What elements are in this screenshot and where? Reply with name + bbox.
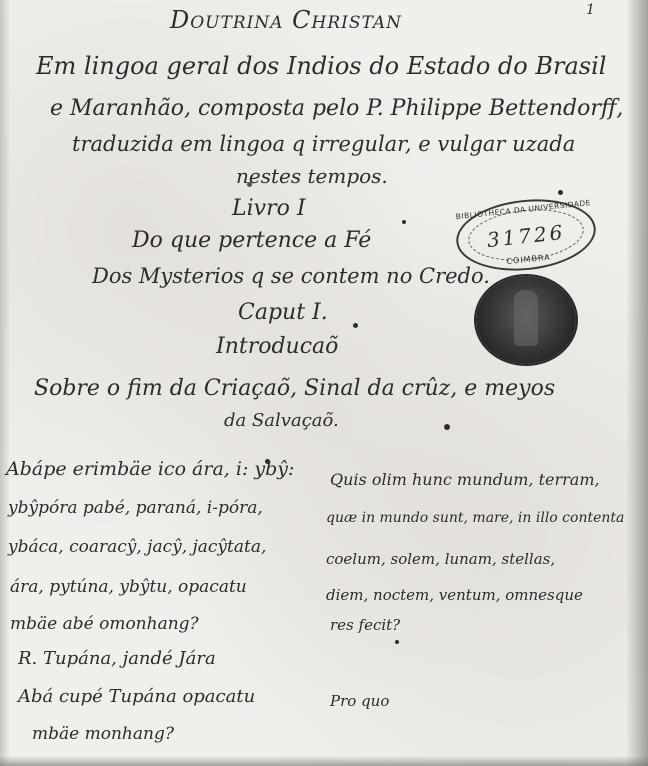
ink-spot — [558, 190, 563, 195]
answer-line: R. Tupána, jandé Jára — [18, 648, 216, 669]
page-edge-shadow-right — [626, 0, 648, 766]
subtitle-line: nestes tempos. — [236, 164, 388, 188]
tupi-line: ybáca, coaracŷ, jacŷ, jacŷtata, — [8, 537, 266, 557]
subtitle-line: traduzida em lingoa q irregular, e vulga… — [72, 132, 575, 156]
book-heading: Livro I — [232, 196, 306, 221]
book-subject: Do que pertence a Fé — [132, 228, 371, 253]
subtitle-line: Em lingoa geral dos Indios do Estado do … — [36, 52, 606, 80]
tupi-line: mbäe monhang? — [32, 724, 174, 744]
manuscript-page: 1 Doutrina Christan Em lingoa geral dos … — [0, 0, 648, 766]
chapter-title: Introducaõ — [216, 334, 338, 359]
page-title: Doutrina Christan — [170, 6, 402, 34]
ink-spot — [353, 323, 358, 328]
latin-line: Quis olim hunc mundum, terram, — [330, 470, 600, 489]
tupi-line: Abápe erimbäe ico ára, i: ybŷ: — [6, 458, 294, 480]
ink-spot — [395, 640, 399, 644]
seal-figure-icon — [514, 290, 538, 346]
page-edge-shadow-left — [0, 0, 10, 766]
section-heading: Dos Mysterios q se contem no Credo. — [92, 264, 490, 288]
tupi-line: ybŷpóra pabé, paraná, i-póra, — [8, 498, 263, 518]
latin-line: diem, noctem, ventum, omnesque — [326, 586, 583, 604]
ink-spot — [444, 424, 450, 430]
ink-spot — [247, 182, 252, 187]
latin-line: coelum, solem, lunam, stellas, — [326, 550, 555, 568]
page-number: 1 — [586, 2, 595, 18]
chapter-subtitle-line: Sobre o fim da Criaçaõ, Sinal da crûz, e… — [34, 376, 555, 401]
ink-spot — [265, 459, 270, 464]
page-edge-shadow-bottom — [0, 756, 648, 766]
latin-line: Pro quo — [330, 692, 389, 710]
latin-line: res fecit? — [330, 616, 400, 634]
subtitle-line: e Maranhão, composta pelo P. Philippe Be… — [50, 96, 623, 121]
tupi-line: mbäe abé omonhang? — [10, 614, 199, 634]
chapter-heading: Caput I. — [238, 300, 328, 325]
latin-line: quæ in mundo sunt, mare, in illo content… — [326, 510, 624, 526]
round-seal-stamp — [476, 276, 576, 364]
tupi-line: ára, pytúna, ybŷtu, opacatu — [10, 577, 247, 597]
tupi-line: Abá cupé Tupána opacatu — [18, 686, 255, 707]
ink-spot — [402, 220, 406, 224]
chapter-subtitle-line: da Salvaçaõ. — [224, 410, 339, 431]
